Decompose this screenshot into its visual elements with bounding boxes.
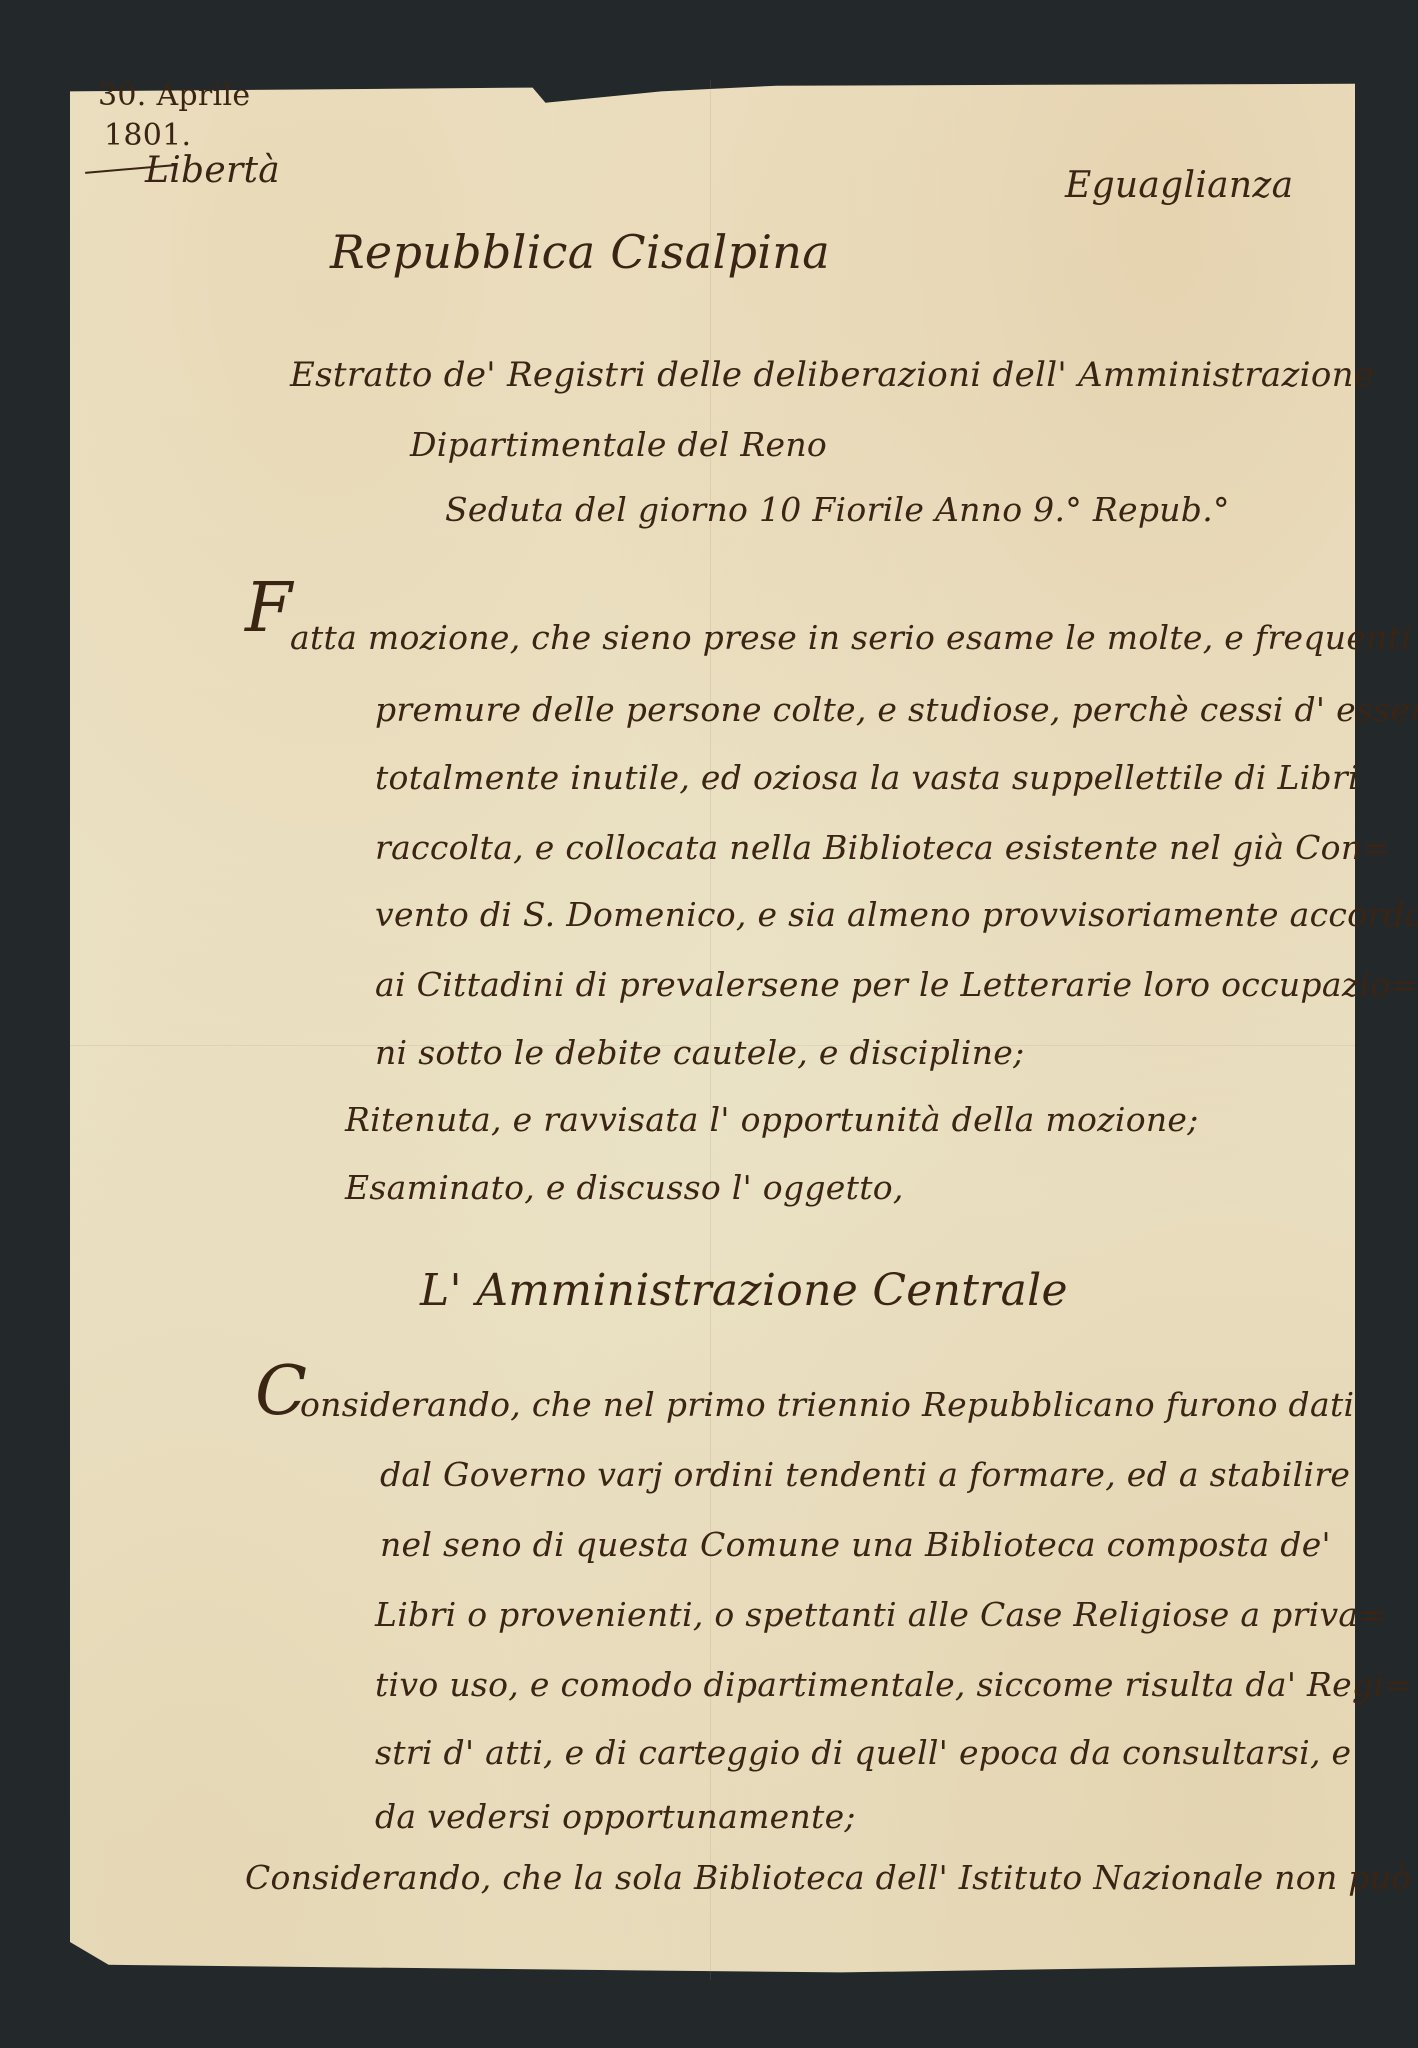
paragraph-1-line-3: totalmente inutile, ed oziosa la vasta s…	[375, 758, 1359, 797]
paragraph-3-line-1: Considerando, che la sola Biblioteca del…	[245, 1858, 1411, 1897]
clause-esaminato: Esaminato, e discusso l' oggetto,	[345, 1168, 904, 1207]
document-title: Repubblica Cisalpina	[330, 225, 830, 279]
paragraph-1-line-7: ni sotto le debite cautele, e discipline…	[375, 1033, 1025, 1072]
paragraph-2-line-7: da vedersi opportunamente;	[375, 1797, 856, 1836]
paragraph-1-line-5: vento di S. Domenico, e sia almeno provv…	[375, 895, 1418, 934]
paragraph-1-line-6: ai Cittadini di prevalersene per le Lett…	[375, 965, 1418, 1004]
header-line-1: Estratto de' Registri delle deliberazion…	[290, 355, 1374, 395]
paragraph-2-line-1: onsiderando, che nel primo triennio Repu…	[300, 1385, 1354, 1424]
paragraph-1-line-1: atta mozione, che sieno prese in serio e…	[290, 618, 1412, 657]
header-line-3: Seduta del giorno 10 Fiorile Anno 9.° Re…	[445, 490, 1230, 529]
motto-eguaglianza: Eguaglianza	[1065, 165, 1293, 206]
header-line-2: Dipartimentale del Reno	[410, 425, 827, 464]
clause-ritenuta: Ritenuta, e ravvisata l' opportunità del…	[345, 1100, 1199, 1139]
paragraph-2-line-5: tivo uso, e comodo dipartimentale, sicco…	[375, 1665, 1412, 1704]
paragraph-1-dropcap: F	[245, 575, 292, 643]
paragraph-2-line-3: nel seno di questa Comune una Biblioteca…	[380, 1525, 1331, 1564]
paragraph-2-line-4: Libri o provenienti, o spettanti alle Ca…	[375, 1595, 1386, 1634]
motto-liberta: Libertà	[145, 150, 280, 191]
paragraph-1-line-4: raccolta, e collocata nella Biblioteca e…	[375, 828, 1390, 867]
paragraph-2-line-2: dal Governo varj ordini tendenti a forma…	[380, 1455, 1350, 1494]
paragraph-1-line-2: premure delle persone colte, e studiose,…	[375, 690, 1418, 729]
paragraph-2-line-6: stri d' atti, e di carteggio di quell' e…	[375, 1733, 1351, 1772]
authority-heading: L' Amministrazione Centrale	[420, 1265, 1068, 1316]
margin-date-line-1: 30. Aprile	[98, 78, 250, 113]
margin-date-line-2: 1801.	[104, 118, 191, 153]
